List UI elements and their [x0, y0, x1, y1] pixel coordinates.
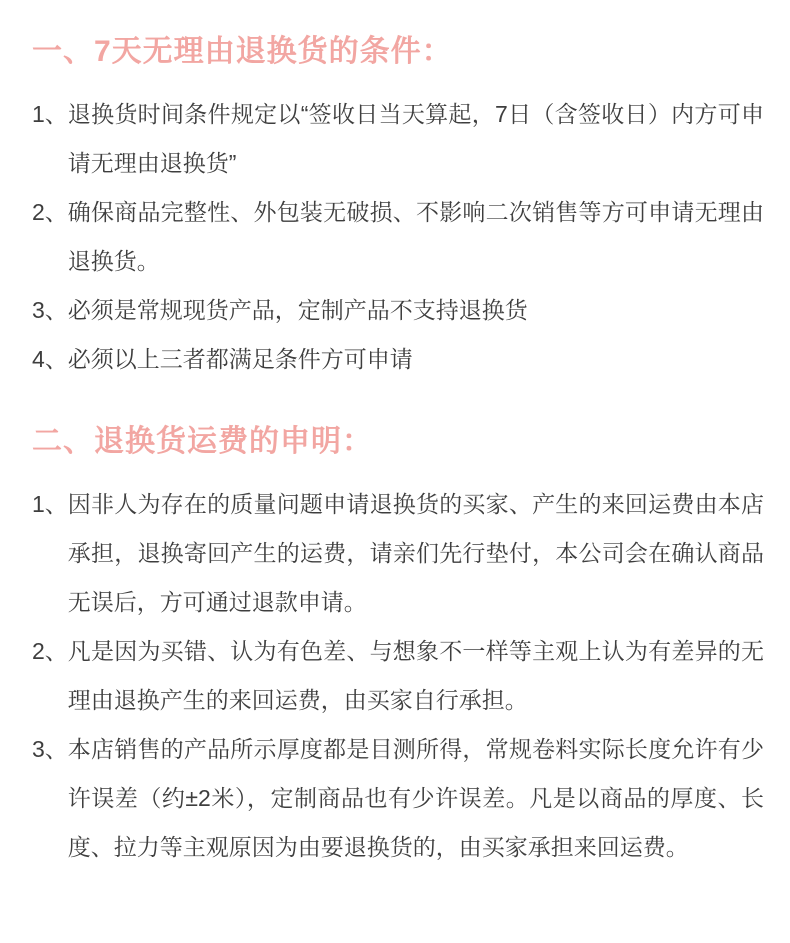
item-text: 必须是常规现货产品，定制产品不支持退换货: [68, 286, 764, 335]
item-number: 1、: [32, 90, 68, 139]
item-text: 本店销售的产品所示厚度都是目测所得，常规卷料实际长度允许有少许误差（约±2米），…: [68, 725, 764, 872]
list-item: 1、 因非人为存在的质量问题申请退换货的买家、产生的来回运费由本店承担，退换寄回…: [32, 480, 764, 627]
return-policy-document: 一、7天无理由退换货的条件： 1、 退换货时间条件规定以“签收日当天算起，7日（…: [0, 0, 790, 943]
item-number: 3、: [32, 725, 68, 774]
section-title-shipping-fee: 二、退换货运费的申明：: [32, 424, 764, 460]
section-shipping-fee-statement: 二、退换货运费的申明： 1、 因非人为存在的质量问题申请退换货的买家、产生的来回…: [32, 424, 764, 872]
list-item: 2、 确保商品完整性、外包装无破损、不影响二次销售等方可申请无理由退换货。: [32, 188, 764, 286]
list-item: 4、 必须以上三者都满足条件方可申请: [32, 335, 764, 384]
list-item: 3、 必须是常规现货产品，定制产品不支持退换货: [32, 286, 764, 335]
item-text: 确保商品完整性、外包装无破损、不影响二次销售等方可申请无理由退换货。: [68, 188, 764, 286]
section-return-conditions: 一、7天无理由退换货的条件： 1、 退换货时间条件规定以“签收日当天算起，7日（…: [32, 34, 764, 384]
item-text: 凡是因为买错、认为有色差、与想象不一样等主观上认为有差异的无理由退换产生的来回运…: [68, 627, 764, 725]
item-text: 必须以上三者都满足条件方可申请: [68, 335, 764, 384]
item-number: 2、: [32, 188, 68, 237]
item-number: 1、: [32, 480, 68, 529]
item-number: 2、: [32, 627, 68, 676]
list-item: 1、 退换货时间条件规定以“签收日当天算起，7日（含签收日）内方可申请无理由退换…: [32, 90, 764, 188]
list-item: 3、 本店销售的产品所示厚度都是目测所得，常规卷料实际长度允许有少许误差（约±2…: [32, 725, 764, 872]
item-number: 4、: [32, 335, 68, 384]
item-number: 3、: [32, 286, 68, 335]
item-text: 退换货时间条件规定以“签收日当天算起，7日（含签收日）内方可申请无理由退换货”: [68, 90, 764, 188]
list-item: 2、 凡是因为买错、认为有色差、与想象不一样等主观上认为有差异的无理由退换产生的…: [32, 627, 764, 725]
section-title-return-conditions: 一、7天无理由退换货的条件：: [32, 34, 764, 70]
item-text: 因非人为存在的质量问题申请退换货的买家、产生的来回运费由本店承担，退换寄回产生的…: [68, 480, 764, 627]
